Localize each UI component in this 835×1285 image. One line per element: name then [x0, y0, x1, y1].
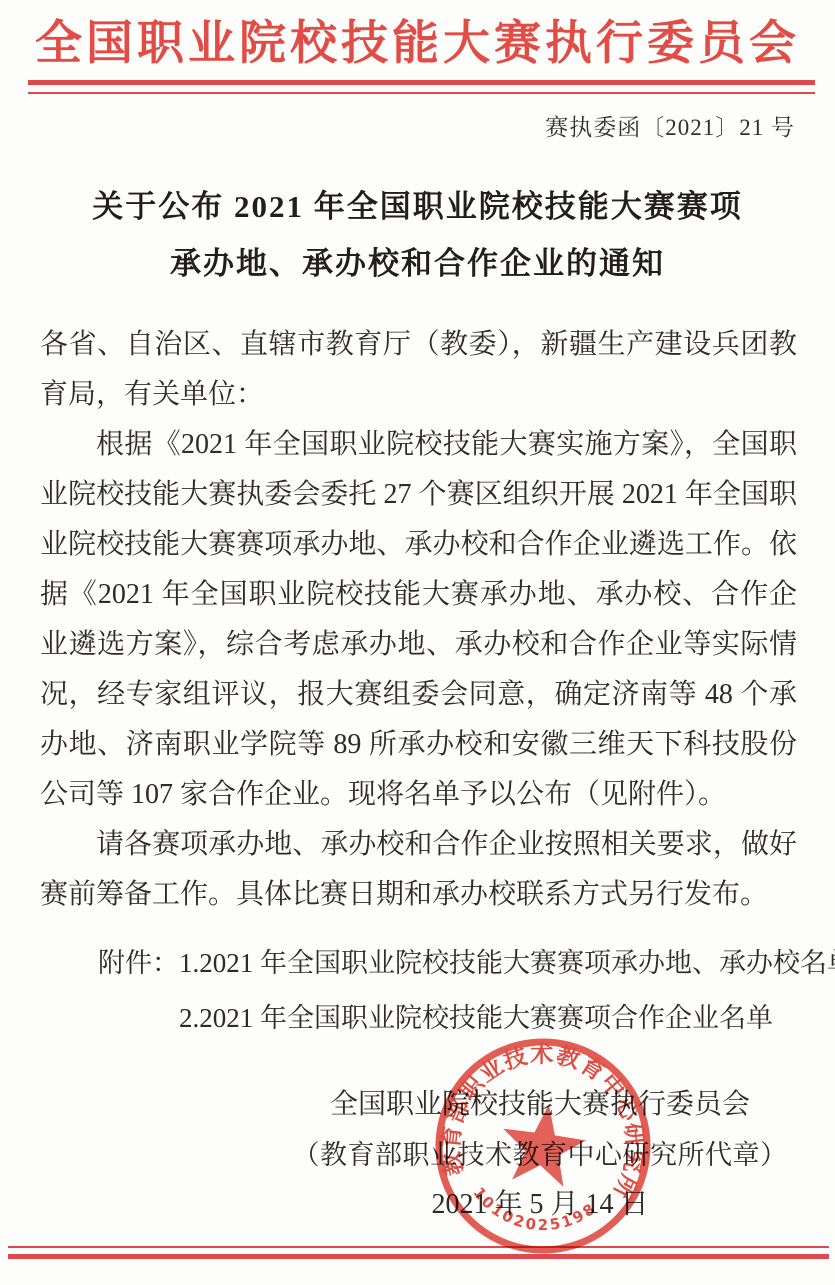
body-paragraph-1: 根据《2021 年全国职业院校技能大赛实施方案》，全国职业院校技能大赛执委会委托… [40, 420, 797, 820]
signature-org: 全国职业院校技能大赛执行委员会 [255, 1080, 825, 1130]
footer-divider [8, 1246, 829, 1259]
letterhead-divider-thin-line [28, 92, 815, 94]
notice-title-line2: 承办地、承办校和合作企业的通知 [0, 235, 835, 292]
attachments-block: 附件： 1.2021 年全国职业院校技能大赛赛项承办地、承办校名单 2.2021… [98, 936, 797, 1046]
notice-body: 各省、自治区、直辖市教育厅（教委），新疆生产建设兵团教育局，有关单位： 根据《2… [40, 320, 797, 920]
signature-date: 2021 年 5 月 14 日 [255, 1180, 825, 1230]
attachment-item-2: 2.2021 年全国职业院校技能大赛赛项合作企业名单 [179, 991, 835, 1046]
footer-divider-thick-line [8, 1254, 829, 1259]
notice-title-line1: 关于公布 2021 年全国职业院校技能大赛赛项 [0, 178, 835, 235]
letterhead-divider-thick-line [28, 80, 815, 85]
letterhead-divider [28, 80, 815, 94]
attachments-list: 1.2021 年全国职业院校技能大赛赛项承办地、承办校名单 2.2021 年全国… [179, 936, 835, 1046]
signature-seal-note: （教育部职业技术教育中心研究所代章） [255, 1130, 825, 1180]
document-number: 赛执委函〔2021〕21 号 [0, 109, 835, 142]
notice-page: 全国职业院校技能大赛执行委员会 赛执委函〔2021〕21 号 关于公布 2021… [0, 0, 835, 1285]
footer-divider-thin-line [8, 1246, 829, 1248]
body-paragraph-2: 请各赛项承办地、承办校和合作企业按照相关要求，做好赛前筹备工作。具体比赛日期和承… [40, 820, 797, 920]
attachments-label: 附件： [98, 936, 179, 1046]
notice-title: 关于公布 2021 年全国职业院校技能大赛赛项 承办地、承办校和合作企业的通知 [0, 178, 835, 292]
signature-block: 全国职业院校技能大赛执行委员会 （教育部职业技术教育中心研究所代章） 2021 … [255, 1080, 825, 1230]
letterhead-org-title: 全国职业院校技能大赛执行委员会 [0, 0, 835, 74]
salutation: 各省、自治区、直辖市教育厅（教委），新疆生产建设兵团教育局，有关单位： [40, 320, 797, 420]
attachment-item-1: 1.2021 年全国职业院校技能大赛赛项承办地、承办校名单 [179, 936, 835, 991]
